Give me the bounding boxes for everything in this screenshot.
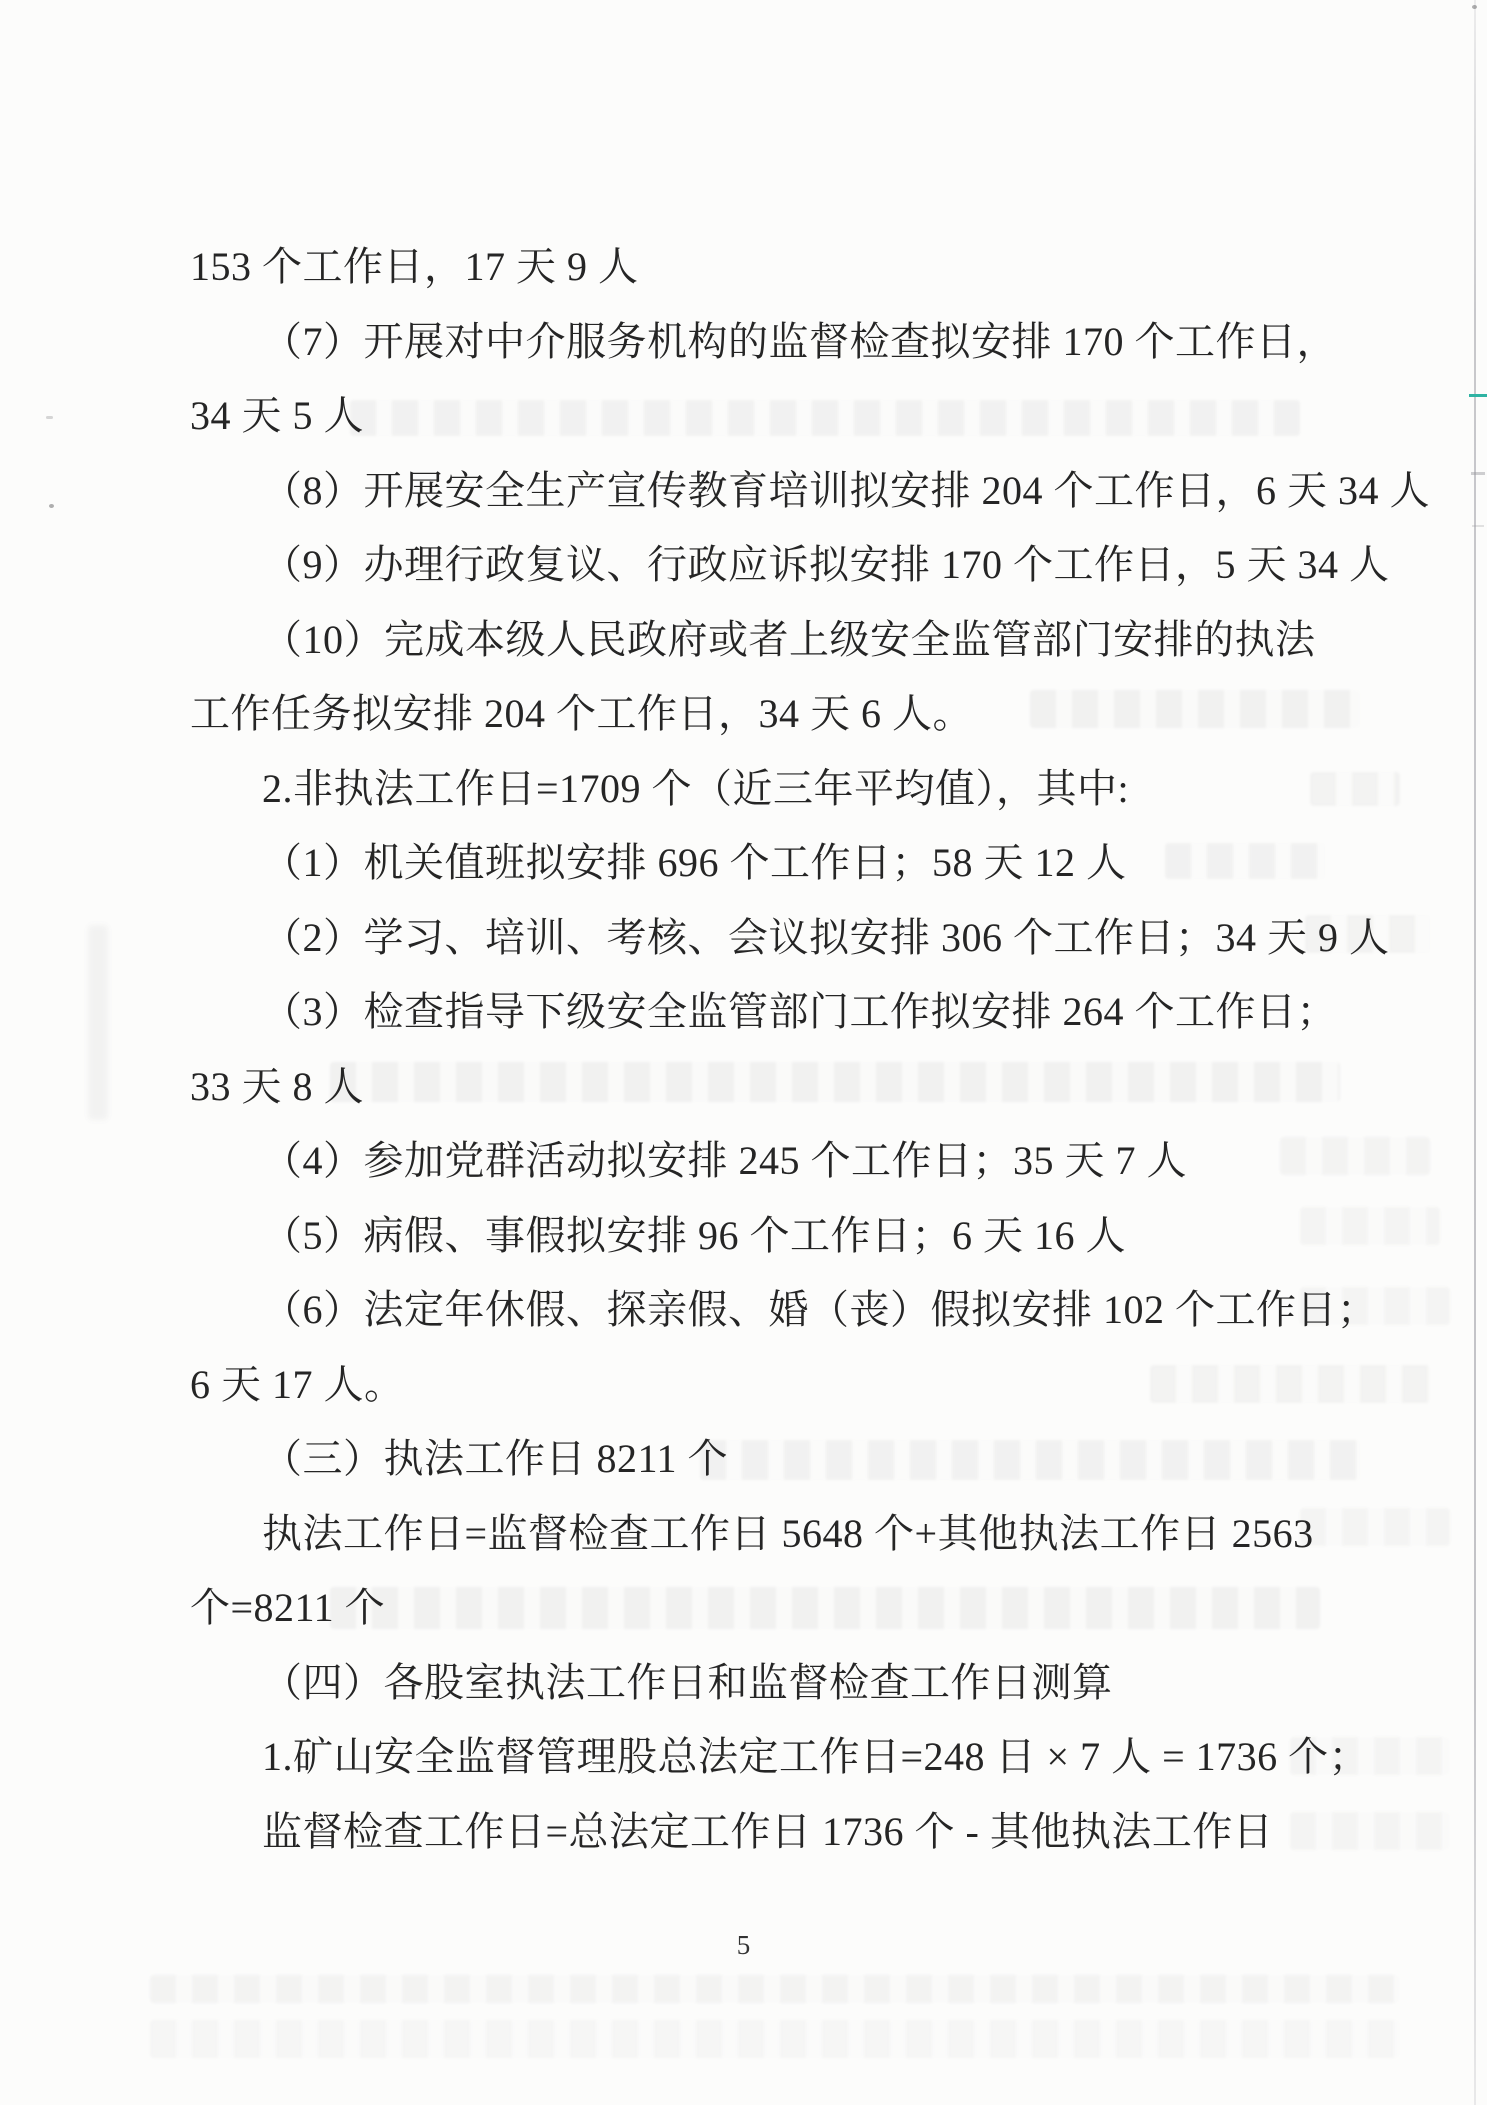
text-line: （4）参加党群活动拟安排 245 个工作日；35 天 7 人 [190, 1124, 1300, 1199]
text-line: 工作任务拟安排 204 个工作日，34 天 6 人。 [190, 677, 1300, 752]
text-line: 33 天 8 人 [190, 1050, 1300, 1125]
text-line: （7）开展对中介服务机构的监督检查拟安排 170 个工作日， [190, 305, 1300, 380]
text-line: 监督检查工作日=总法定工作日 1736 个 - 其他执法工作日 [190, 1795, 1300, 1870]
text-line: （1）机关值班拟安排 696 个工作日；58 天 12 人 [190, 826, 1300, 901]
text-line: （3）检查指导下级安全监管部门工作拟安排 264 个工作日； [190, 975, 1300, 1050]
text-line: （6）法定年休假、探亲假、婚（丧）假拟安排 102 个工作日； [190, 1273, 1300, 1348]
text-line: （9）办理行政复议、行政应诉拟安排 170 个工作日，5 天 34 人 [190, 528, 1300, 603]
text-line: （5）病假、事假拟安排 96 个工作日；6 天 16 人 [190, 1199, 1300, 1274]
scan-speck [1472, 5, 1477, 9]
scan-mark-teal [1469, 394, 1487, 397]
page-number: 5 [737, 1930, 751, 1960]
scan-mark-gray [1472, 525, 1484, 527]
text-line: 34 天 5 人 [190, 379, 1300, 454]
text-line: （三）执法工作日 8211 个 [190, 1422, 1300, 1497]
scan-edge-line [1474, 0, 1476, 2105]
bleedthrough-smudge [150, 1975, 1400, 2003]
text-block: 153 个工作日，17 天 9 人（7）开展对中介服务机构的监督检查拟安排 17… [190, 230, 1300, 1869]
bleedthrough-smudge [1300, 1508, 1450, 1546]
bleedthrough-smudge [88, 925, 108, 1120]
text-line: 153 个工作日，17 天 9 人 [190, 230, 1300, 305]
text-line: （8）开展安全生产宣传教育培训拟安排 204 个工作日，6 天 34 人 [190, 454, 1300, 529]
text-line: 个=8211 个 [190, 1571, 1300, 1646]
text-line: （2）学习、培训、考核、会议拟安排 306 个工作日；34 天 9 人 [190, 901, 1300, 976]
text-line: 6 天 17 人。 [190, 1348, 1300, 1423]
scan-speck [49, 504, 54, 508]
bleedthrough-smudge [150, 2020, 1400, 2058]
scan-speck [46, 416, 53, 419]
bleedthrough-smudge [1300, 1207, 1440, 1245]
text-line: 2.非执法工作日=1709 个（近三年平均值），其中: [190, 752, 1300, 827]
text-line: （四）各股室执法工作日和监督检查工作日测算 [190, 1646, 1300, 1721]
bleedthrough-smudge [1310, 772, 1400, 806]
text-line: 执法工作日=监督检查工作日 5648 个+其他执法工作日 2563 [190, 1497, 1300, 1572]
bleedthrough-smudge [1290, 1812, 1450, 1850]
page-footer: 5 [0, 1930, 1487, 1961]
bleedthrough-smudge [1280, 1137, 1430, 1175]
scan-mark-gray [1471, 472, 1485, 475]
text-line: 1.矿山安全监督管理股总法定工作日=248 日 × 7 人 = 1736 个； [190, 1720, 1300, 1795]
document-page: 153 个工作日，17 天 9 人（7）开展对中介服务机构的监督检查拟安排 17… [0, 0, 1487, 2105]
text-line: （10）完成本级人民政府或者上级安全监管部门安排的执法 [190, 603, 1300, 678]
